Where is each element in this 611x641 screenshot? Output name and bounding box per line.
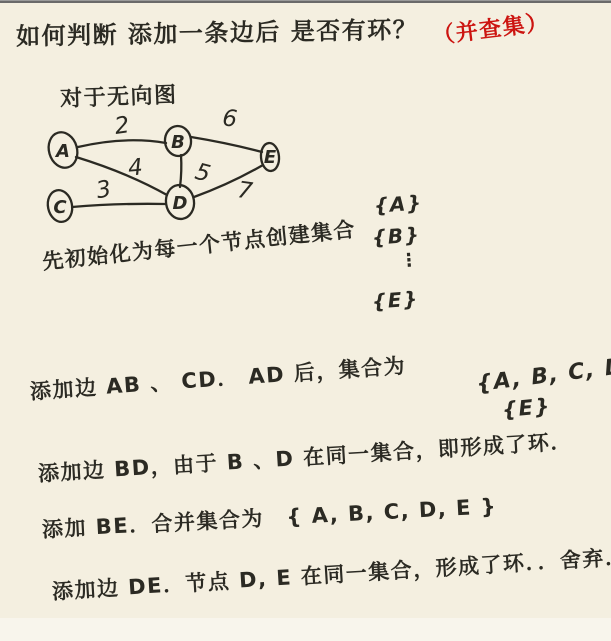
- edge-B-D: [180, 155, 181, 187]
- vertical-ellipsis: ⋮: [399, 249, 420, 271]
- node-B-label: B: [171, 132, 185, 153]
- node-A-label: A: [54, 141, 70, 162]
- initial-set-A: {A}: [373, 190, 423, 217]
- handwritten-note-page: 如何判断 添加一条边后 是否有环？ （并查集） 对于无向图 2 6 4 5 3 …: [0, 0, 611, 641]
- initial-set-B: {B}: [371, 222, 421, 249]
- node-E-label: E: [264, 147, 277, 168]
- edge-B-E: [191, 137, 262, 152]
- edge-A-B: [78, 140, 166, 147]
- initial-set-E: {E}: [371, 286, 419, 313]
- edge-weight-DE: 7: [236, 177, 254, 205]
- edge-weight-AB: 2: [113, 112, 131, 140]
- paper-bottom-strip: [0, 618, 611, 641]
- edge-weight-BD: 5: [192, 159, 212, 188]
- edge-weight-CD: 3: [94, 176, 113, 204]
- edge-weight-AD: 4: [127, 154, 144, 181]
- step-1-remaining-set: {E}: [501, 394, 552, 422]
- graph-sketch: 2 6 4 5 3 7 A B C D E: [0, 0, 611, 641]
- edge-C-D: [72, 204, 166, 207]
- edge-A-D: [76, 157, 167, 195]
- node-C-label: C: [53, 197, 67, 218]
- edge-weight-BE: 6: [221, 105, 238, 132]
- node-D-label: D: [173, 193, 188, 214]
